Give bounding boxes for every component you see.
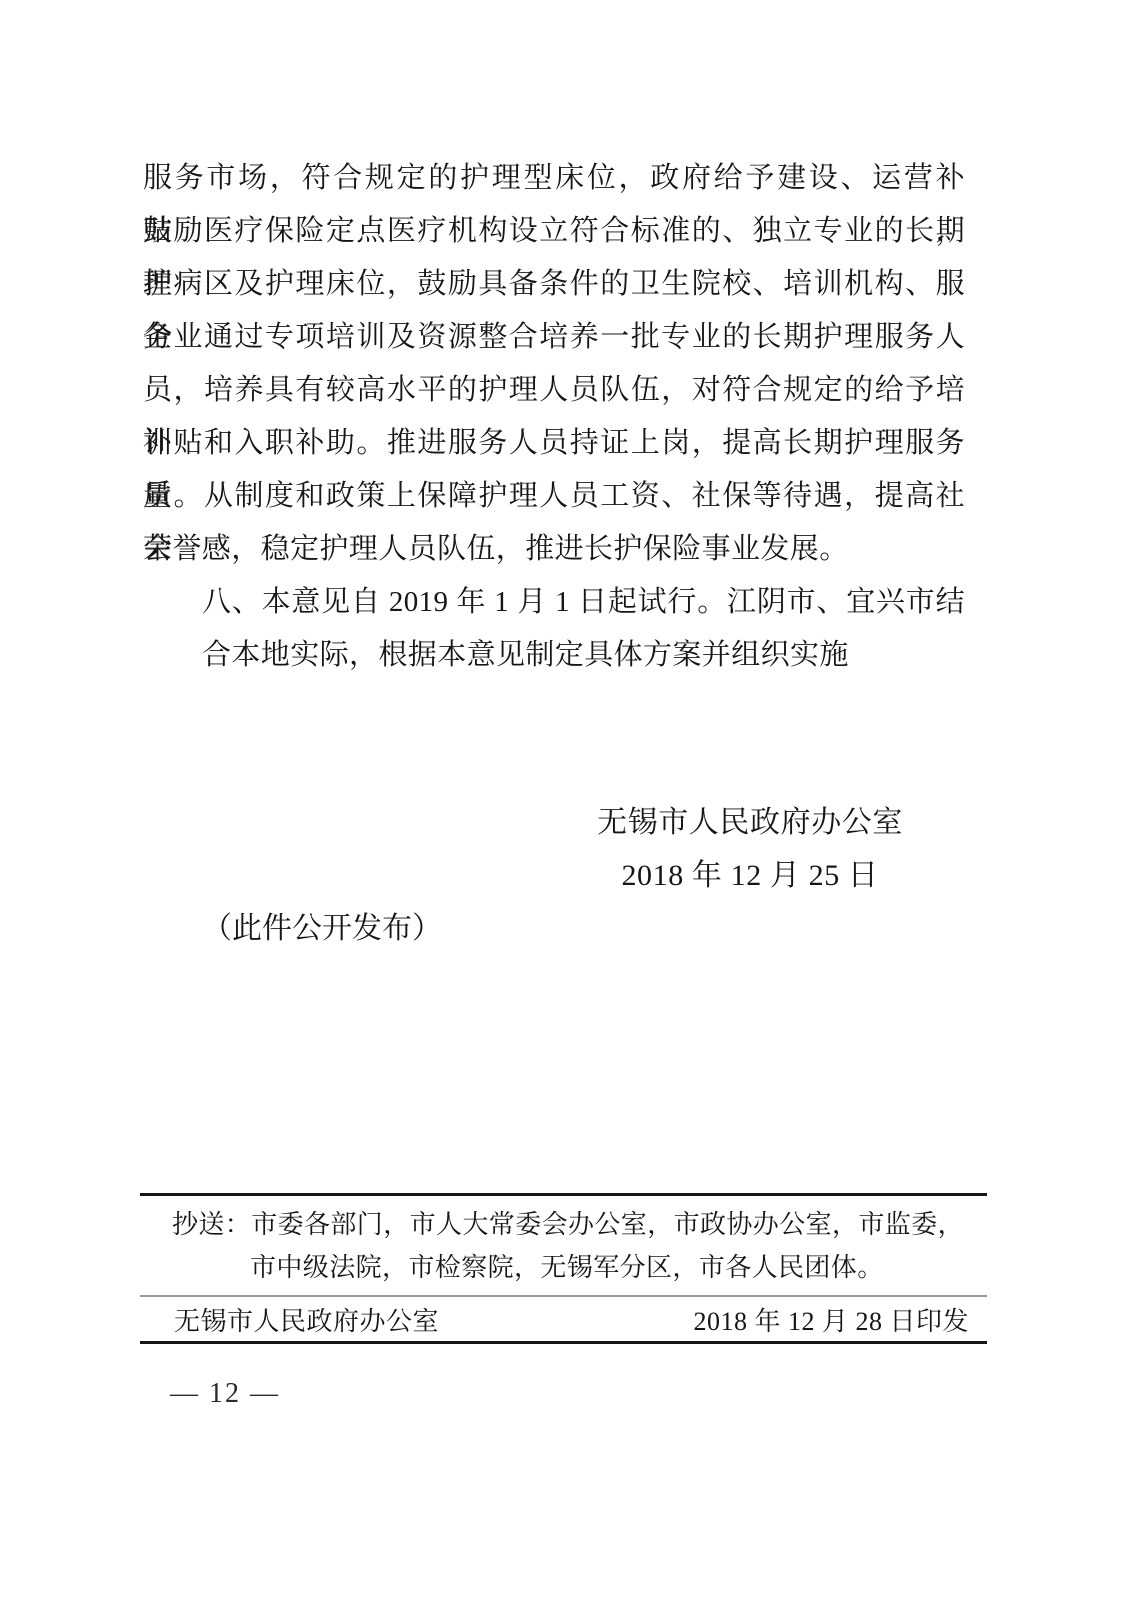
body-text-line: 量。从制度和政策上保障护理人员工资、社保等待遇，提高社会: [143, 470, 965, 523]
document-footer: 抄送：市委各部门，市人大常委会办公室，市政协办公室，市监委， 市中级法院，市检察…: [140, 1193, 987, 1344]
body-text-line: 补贴和入职补助。推进服务人员持证上岗，提高长期护理服务质: [143, 417, 965, 470]
print-date: 2018 年 12 月 28 日印发: [693, 1301, 969, 1338]
public-release-note: （此件公开发布）: [143, 902, 965, 955]
cc-line: 抄送：市委各部门，市人大常委会办公室，市政协办公室，市监委，: [140, 1203, 987, 1246]
signature-block: 无锡市人民政府办公室 2018 年 12 月 25 日: [540, 796, 960, 902]
body-text-line: 理病区及护理床位，鼓励具备条件的卫生院校、培训机构、服务: [143, 258, 965, 311]
cc-line: 市中级法院，市检察院，无锡军分区，市各人民团体。: [140, 1246, 987, 1289]
body-text-line: 荣誉感，稳定护理人员队伍，推进长护保险事业发展。: [143, 523, 965, 576]
cc-distribution-block: 抄送：市委各部门，市人大常委会办公室，市政协办公室，市监委， 市中级法院，市检察…: [140, 1196, 987, 1297]
body-text-line: 员，培养具有较高水平的护理人员队伍，对符合规定的给予培训: [143, 364, 965, 417]
signature-date: 2018 年 12 月 25 日: [540, 849, 960, 902]
signature-org: 无锡市人民政府办公室: [540, 796, 960, 849]
publisher-name: 无锡市人民政府办公室: [174, 1301, 439, 1338]
body-text-line: 企业通过专项培训及资源整合培养一批专业的长期护理服务人: [143, 311, 965, 364]
body-text-line: 合本地实际，根据本意见制定具体方案并组织实施: [143, 629, 965, 682]
page-number: — 12 —: [170, 1378, 280, 1410]
document-page: 服务市场，符合规定的护理型床位，政府给予建设、运营补贴， 鼓励医疗保险定点医疗机…: [0, 0, 1131, 1600]
body-text-line: 鼓励医疗保险定点医疗机构设立符合标准的、独立专业的长期护: [143, 205, 965, 258]
publisher-row: 无锡市人民政府办公室 2018 年 12 月 28 日印发: [140, 1297, 987, 1341]
document-body: 服务市场，符合规定的护理型床位，政府给予建设、运营补贴， 鼓励医疗保险定点医疗机…: [143, 152, 965, 682]
body-text-line: 服务市场，符合规定的护理型床位，政府给予建设、运营补贴，: [143, 152, 965, 205]
body-text-line: 八、本意见自 2019 年 1 月 1 日起试行。江阴市、宜兴市结: [143, 576, 965, 629]
